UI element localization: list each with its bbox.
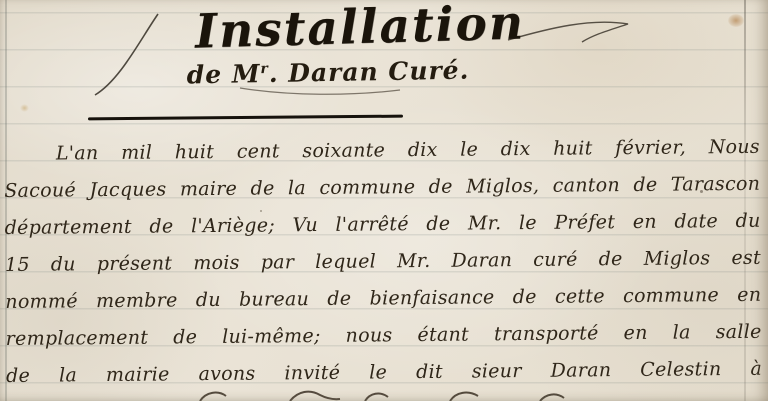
- manuscript-line: de la mairie avons invité le dit sieur D…: [6, 351, 762, 395]
- title-separator-rule: [88, 115, 403, 121]
- manuscript-page: Installation de Mr. Daran Curé. L'an mil…: [0, 0, 768, 401]
- page-subtitle: de Mr. Daran Curé.: [168, 55, 488, 90]
- paper-stain: [728, 14, 744, 27]
- subtitle-superscript: r: [260, 61, 269, 77]
- manuscript-body: L'an mil huit cent soixante dix le dix h…: [4, 129, 762, 395]
- paper-stain: [20, 104, 29, 112]
- page-title: Installation: [137, 0, 582, 61]
- subtitle-rest: . Daran Curé.: [269, 56, 470, 88]
- subtitle-prefix: de M: [186, 59, 260, 89]
